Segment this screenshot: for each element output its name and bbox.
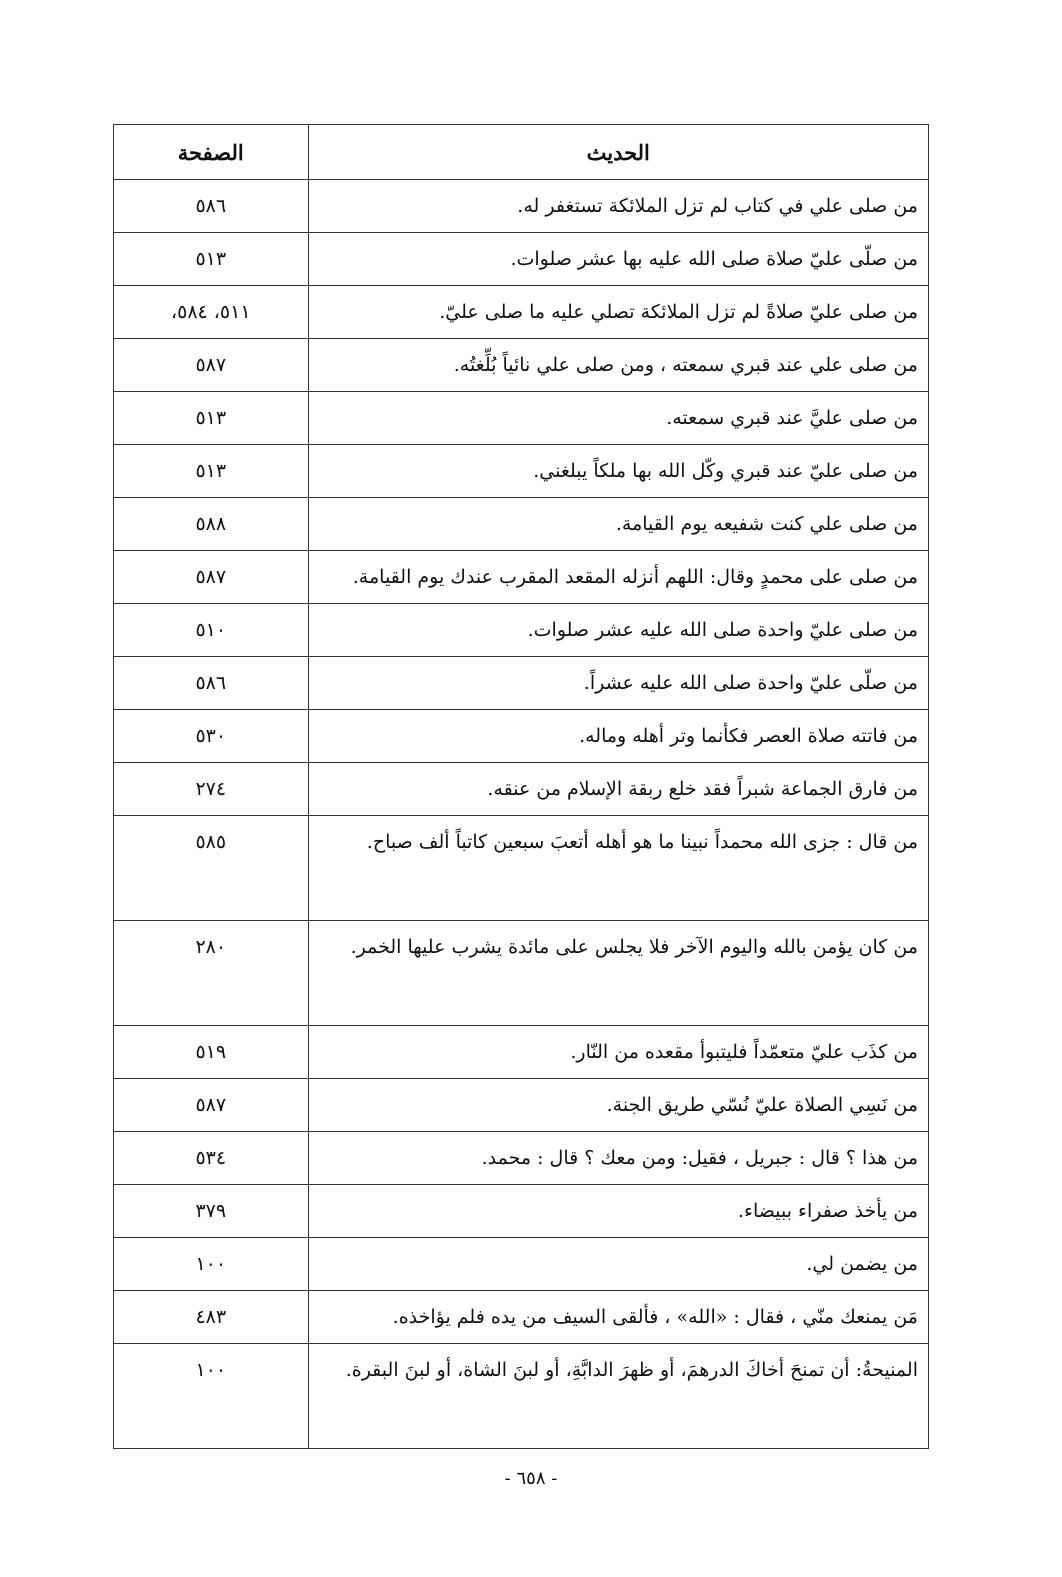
page-reference: ٤٨٣ [114, 1291, 309, 1344]
table-row: من صلى على محمدٍ وقال: اللهم أنزله المقع… [114, 551, 929, 604]
hadith-text: من صلى على محمدٍ وقال: اللهم أنزله المقع… [308, 551, 929, 604]
page-reference: ٥٨٦ [114, 657, 309, 710]
hadith-text: من فاتته صلاة العصر فكأنما وتر أهله ومال… [308, 710, 929, 763]
table-row: من صلى عليَّ عند قبري سمعته.٥١٣ [114, 392, 929, 445]
table-row: من يضمن لي.١٠٠ [114, 1238, 929, 1291]
page-reference: ٥١٣ [114, 392, 309, 445]
hadith-text: من قال : جزى الله محمداً نبينا ما هو أهل… [308, 816, 929, 921]
table-row: من صلى علي كنت شفيعه يوم القيامة.٥٨٨ [114, 498, 929, 551]
hadith-index-table: الحديث الصفحة من صلى علي في كتاب لم تزل … [113, 124, 929, 1449]
table-header-row: الحديث الصفحة [114, 125, 929, 180]
hadith-text: من صلى عليّ واحدة صلى الله عليه عشر صلوا… [308, 604, 929, 657]
table-row: من كذَب عليّ متعمّداً فليتبوأ مقعده من ا… [114, 1026, 929, 1079]
hadith-text: مَن يمنعك منّي ، فقال : «الله» ، فألقى ا… [308, 1291, 929, 1344]
table-row: من نَسِي الصلاة عليّ نُسّي طريق الجنة.٥٨… [114, 1079, 929, 1132]
page-reference: ٣٧٩ [114, 1185, 309, 1238]
hadith-text: من صلى عليّ صلاةً لم تزل الملائكة تصلي ع… [308, 286, 929, 339]
table-row: من كان يؤمن بالله واليوم الآخر فلا يجلس … [114, 921, 929, 1026]
page-reference: ٥١٩ [114, 1026, 309, 1079]
page-reference: ٥١٠ [114, 604, 309, 657]
table-row: من صلى عليّ صلاةً لم تزل الملائكة تصلي ع… [114, 286, 929, 339]
hadith-text: من يأخذ صفراء ببيضاء. [308, 1185, 929, 1238]
header-page: الصفحة [114, 125, 309, 180]
page-reference: ٥٣٠ [114, 710, 309, 763]
table-row: من هذا ؟ قال : جبريل ، فقيل: ومن معك ؟ ق… [114, 1132, 929, 1185]
hadith-text: من يضمن لي. [308, 1238, 929, 1291]
hadith-text: من صلى علي عند قبري سمعته ، ومن صلى علي … [308, 339, 929, 392]
table-row: من فارق الجماعة شبراً فقد خلع ربقة الإسل… [114, 763, 929, 816]
table-row: من يأخذ صفراء ببيضاء.٣٧٩ [114, 1185, 929, 1238]
document-page: الحديث الصفحة من صلى علي في كتاب لم تزل … [0, 0, 1062, 1577]
table-row: من صلى علي في كتاب لم تزل الملائكة تستغف… [114, 180, 929, 233]
table-row: من صلى عليّ واحدة صلى الله عليه عشر صلوا… [114, 604, 929, 657]
hadith-text: من صلى عليّ عند قبري وكّل الله بها ملكاً… [308, 445, 929, 498]
page-reference: ٥٣٤ [114, 1132, 309, 1185]
page-reference: ٥٨٥ [114, 816, 309, 921]
table-row: من صلى علي عند قبري سمعته ، ومن صلى علي … [114, 339, 929, 392]
table-row: المنيحةُ: أن تمنحَ أخاكَ الدرهمَ، أو ظهر… [114, 1344, 929, 1449]
page-reference: ١٠٠ [114, 1238, 309, 1291]
table-body: من صلى علي في كتاب لم تزل الملائكة تستغف… [114, 180, 929, 1449]
hadith-text: المنيحةُ: أن تمنحَ أخاكَ الدرهمَ، أو ظهر… [308, 1344, 929, 1449]
hadith-text: من كان يؤمن بالله واليوم الآخر فلا يجلس … [308, 921, 929, 1026]
table-row: مَن يمنعك منّي ، فقال : «الله» ، فألقى ا… [114, 1291, 929, 1344]
table-row: من قال : جزى الله محمداً نبينا ما هو أهل… [114, 816, 929, 921]
page-reference: ١٠٠ [114, 1344, 309, 1449]
table-row: من فاتته صلاة العصر فكأنما وتر أهله ومال… [114, 710, 929, 763]
hadith-text: من نَسِي الصلاة عليّ نُسّي طريق الجنة. [308, 1079, 929, 1132]
hadith-text: من صلى علي في كتاب لم تزل الملائكة تستغف… [308, 180, 929, 233]
page-reference: ٢٨٠ [114, 921, 309, 1026]
hadith-text: من صلى علي كنت شفيعه يوم القيامة. [308, 498, 929, 551]
page-reference: ٥٨٧ [114, 339, 309, 392]
page-reference: ٥٨٧ [114, 1079, 309, 1132]
table-row: من صلّى عليّ واحدة صلى الله عليه عشراً.٥… [114, 657, 929, 710]
hadith-text: من فارق الجماعة شبراً فقد خلع ربقة الإسل… [308, 763, 929, 816]
page-reference: ٥١٣ [114, 233, 309, 286]
page-reference: ٥٨٨ [114, 498, 309, 551]
page-number: - ٦٥٨ - [0, 1468, 1062, 1489]
table-row: من صلّى عليّ صلاة صلى الله عليه بها عشر … [114, 233, 929, 286]
page-reference: ٥١١، ٥٨٤، [114, 286, 309, 339]
hadith-text: من صلى عليَّ عند قبري سمعته. [308, 392, 929, 445]
hadith-text: من صلّى عليّ صلاة صلى الله عليه بها عشر … [308, 233, 929, 286]
page-reference: ٥١٣ [114, 445, 309, 498]
hadith-text: من صلّى عليّ واحدة صلى الله عليه عشراً. [308, 657, 929, 710]
hadith-text: من كذَب عليّ متعمّداً فليتبوأ مقعده من ا… [308, 1026, 929, 1079]
page-reference: ٥٨٦ [114, 180, 309, 233]
header-hadith: الحديث [308, 125, 929, 180]
page-reference: ٢٧٤ [114, 763, 309, 816]
page-reference: ٥٨٧ [114, 551, 309, 604]
hadith-text: من هذا ؟ قال : جبريل ، فقيل: ومن معك ؟ ق… [308, 1132, 929, 1185]
table-row: من صلى عليّ عند قبري وكّل الله بها ملكاً… [114, 445, 929, 498]
